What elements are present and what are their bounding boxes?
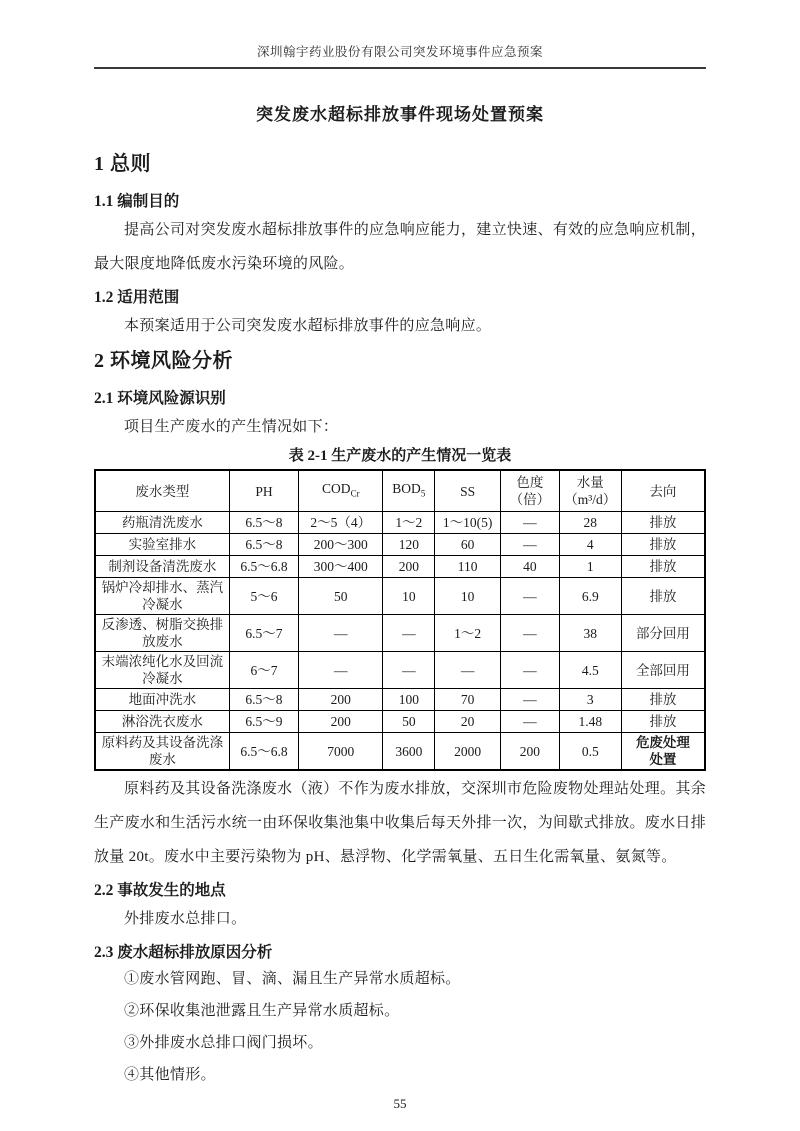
- wastewater-table: 废水类型 PH CODCr BOD5 SS 色度 （倍） 水量 （m³/d） 去…: [94, 469, 706, 771]
- table-cell: 200: [501, 733, 560, 771]
- table-cell: 反渗透、树脂交换排 放废水: [95, 615, 229, 652]
- col-header-cod: CODCr: [299, 470, 383, 512]
- table-cell: 28: [559, 512, 621, 534]
- col-header-chroma: 色度 （倍）: [501, 470, 560, 512]
- col-header-ss: SS: [435, 470, 501, 512]
- section-2-1-lead: 项目生产废水的产生情况如下：: [94, 410, 706, 444]
- after-table-paragraph: 原料药及其设备洗涤废水（液）不作为废水排放，交深圳市危险废物处理站处理。其余生产…: [94, 772, 706, 874]
- table-cell: —: [383, 652, 435, 689]
- col-header-ph: PH: [229, 470, 299, 512]
- table-row: 原料药及其设备洗涤 废水6.5～6.87000360020002000.5危废处…: [95, 733, 705, 771]
- table-cell: —: [501, 578, 560, 615]
- table-row: 反渗透、树脂交换排 放废水6.5～7——1～2—38部分回用: [95, 615, 705, 652]
- table-cell: —: [435, 652, 501, 689]
- section-1-2-heading: 1.2 适用范围: [94, 288, 706, 308]
- table-cell: 1～2: [435, 615, 501, 652]
- table-cell: 实验室排水: [95, 534, 229, 556]
- table-cell: 药瓶清洗废水: [95, 512, 229, 534]
- table-cell: 300～400: [299, 556, 383, 578]
- table-row: 末端浓纯化水及回流 冷凝水6～7————4.5全部回用: [95, 652, 705, 689]
- table-cell: —: [501, 512, 560, 534]
- section-2-1-heading: 2.1 环境风险源识别: [94, 389, 706, 409]
- table-row: 实验室排水6.5～8200～30012060—4排放: [95, 534, 705, 556]
- table-cell: 制剂设备清洗废水: [95, 556, 229, 578]
- col-header-wastewater-type: 废水类型: [95, 470, 229, 512]
- table-cell: —: [501, 689, 560, 711]
- section-2-heading: 2 环境风险分析: [94, 348, 706, 374]
- table-cell: 排放: [621, 689, 705, 711]
- cause-item-3: ③外排废水总排口阀门损坏。: [94, 1027, 706, 1059]
- table-cell: 0.5: [559, 733, 621, 771]
- table-cell: 6.5～8: [229, 534, 299, 556]
- table-cell: —: [299, 652, 383, 689]
- section-1-1-paragraph: 提高公司对突发废水超标排放事件的应急响应能力，建立快速、有效的应急响应机制，最大…: [94, 213, 706, 281]
- page-number: 55: [94, 1095, 706, 1112]
- table-cell: 3600: [383, 733, 435, 771]
- table-cell: 7000: [299, 733, 383, 771]
- table-cell: 110: [435, 556, 501, 578]
- bod-label: BOD: [392, 481, 421, 496]
- table-cell: 排放: [621, 512, 705, 534]
- table-cell: 末端浓纯化水及回流 冷凝水: [95, 652, 229, 689]
- table-cell: 20: [435, 711, 501, 733]
- table-row: 制剂设备清洗废水6.5～6.8300～400200110401排放: [95, 556, 705, 578]
- cod-label: COD: [322, 481, 351, 496]
- table-cell: 4: [559, 534, 621, 556]
- table-body: 药瓶清洗废水6.5～82～5（4）1～21～10(5)—28排放实验室排水6.5…: [95, 512, 705, 771]
- table-cell: 5～6: [229, 578, 299, 615]
- table-cell: —: [501, 652, 560, 689]
- table-cell: 38: [559, 615, 621, 652]
- table-cell: —: [501, 534, 560, 556]
- section-2-2-paragraph: 外排废水总排口。: [94, 902, 706, 936]
- table-row: 药瓶清洗废水6.5～82～5（4）1～21～10(5)—28排放: [95, 512, 705, 534]
- table-cell: 70: [435, 689, 501, 711]
- table-cell: 全部回用: [621, 652, 705, 689]
- document-page: 深圳翰宇药业股份有限公司突发环境事件应急预案 突发废水超标排放事件现场处置预案 …: [0, 0, 800, 1131]
- table-cell: 200～300: [299, 534, 383, 556]
- bod-subscript: 5: [421, 488, 426, 498]
- table-cell: —: [299, 615, 383, 652]
- table-cell: 100: [383, 689, 435, 711]
- table-cell: 排放: [621, 578, 705, 615]
- table-cell: 排放: [621, 534, 705, 556]
- col-header-destination: 去向: [621, 470, 705, 512]
- cause-item-4: ④其他情形。: [94, 1059, 706, 1091]
- table-cell: 排放: [621, 711, 705, 733]
- section-1-2-paragraph: 本预案适用于公司突发废水超标排放事件的应急响应。: [94, 309, 706, 343]
- page-header-text: 深圳翰宇药业股份有限公司突发环境事件应急预案: [257, 45, 543, 59]
- section-2-3-heading: 2.3 废水超标排放原因分析: [94, 943, 706, 963]
- table-cell: 1: [559, 556, 621, 578]
- table-cell: 40: [501, 556, 560, 578]
- section-1-1-heading: 1.1 编制目的: [94, 192, 706, 212]
- col-header-bod: BOD5: [383, 470, 435, 512]
- table-cell: 6.9: [559, 578, 621, 615]
- col-header-volume: 水量 （m³/d）: [559, 470, 621, 512]
- table-cell: 危废处理 处置: [621, 733, 705, 771]
- section-2-2-heading: 2.2 事故发生的地点: [94, 881, 706, 901]
- doc-title: 突发废水超标排放事件现场处置预案: [94, 100, 706, 125]
- table-cell: —: [501, 615, 560, 652]
- table-header-row: 废水类型 PH CODCr BOD5 SS 色度 （倍） 水量 （m³/d） 去…: [95, 470, 705, 512]
- table-cell: 6.5～8: [229, 512, 299, 534]
- table-cell: 200: [299, 689, 383, 711]
- cause-item-2: ②环保收集池泄露且生产异常水质超标。: [94, 995, 706, 1027]
- table-cell: 4.5: [559, 652, 621, 689]
- cod-subscript: Cr: [351, 488, 360, 498]
- table-cell: 1.48: [559, 711, 621, 733]
- table-cell: 50: [383, 711, 435, 733]
- table-cell: 淋浴洗衣废水: [95, 711, 229, 733]
- table-cell: 3: [559, 689, 621, 711]
- table-cell: 6.5～9: [229, 711, 299, 733]
- table-cell: 排放: [621, 556, 705, 578]
- table-cell: 200: [383, 556, 435, 578]
- table-cell: 部分回用: [621, 615, 705, 652]
- table-cell: 6.5～8: [229, 689, 299, 711]
- table-cell: 120: [383, 534, 435, 556]
- table-cell: 2000: [435, 733, 501, 771]
- table-cell: 6～7: [229, 652, 299, 689]
- cause-item-1: ①废水管网跑、冒、滴、漏且生产异常水质超标。: [94, 963, 706, 995]
- table-cell: 6.5～6.8: [229, 556, 299, 578]
- table-row: 淋浴洗衣废水6.5～92005020—1.48排放: [95, 711, 705, 733]
- table-cell: 50: [299, 578, 383, 615]
- table-cell: 1～10(5): [435, 512, 501, 534]
- table-cell: 6.5～6.8: [229, 733, 299, 771]
- table-cell: 60: [435, 534, 501, 556]
- table-cell: —: [383, 615, 435, 652]
- table-cell: 10: [383, 578, 435, 615]
- table-cell: 200: [299, 711, 383, 733]
- table-row: 锅炉冷却排水、蒸汽 冷凝水5～6501010—6.9排放: [95, 578, 705, 615]
- table-cell: —: [501, 711, 560, 733]
- table-cell: 10: [435, 578, 501, 615]
- section-1-heading: 1 总则: [94, 151, 706, 177]
- table-cell: 锅炉冷却排水、蒸汽 冷凝水: [95, 578, 229, 615]
- table-cell: 1～2: [383, 512, 435, 534]
- table-row: 地面冲洗水6.5～820010070—3排放: [95, 689, 705, 711]
- table-cell: 原料药及其设备洗涤 废水: [95, 733, 229, 771]
- table-cell: 地面冲洗水: [95, 689, 229, 711]
- table-caption: 表 2-1 生产废水的产生情况一览表: [94, 446, 706, 467]
- table-cell: 6.5～7: [229, 615, 299, 652]
- page-header: 深圳翰宇药业股份有限公司突发环境事件应急预案: [94, 42, 706, 69]
- table-cell: 2～5（4）: [299, 512, 383, 534]
